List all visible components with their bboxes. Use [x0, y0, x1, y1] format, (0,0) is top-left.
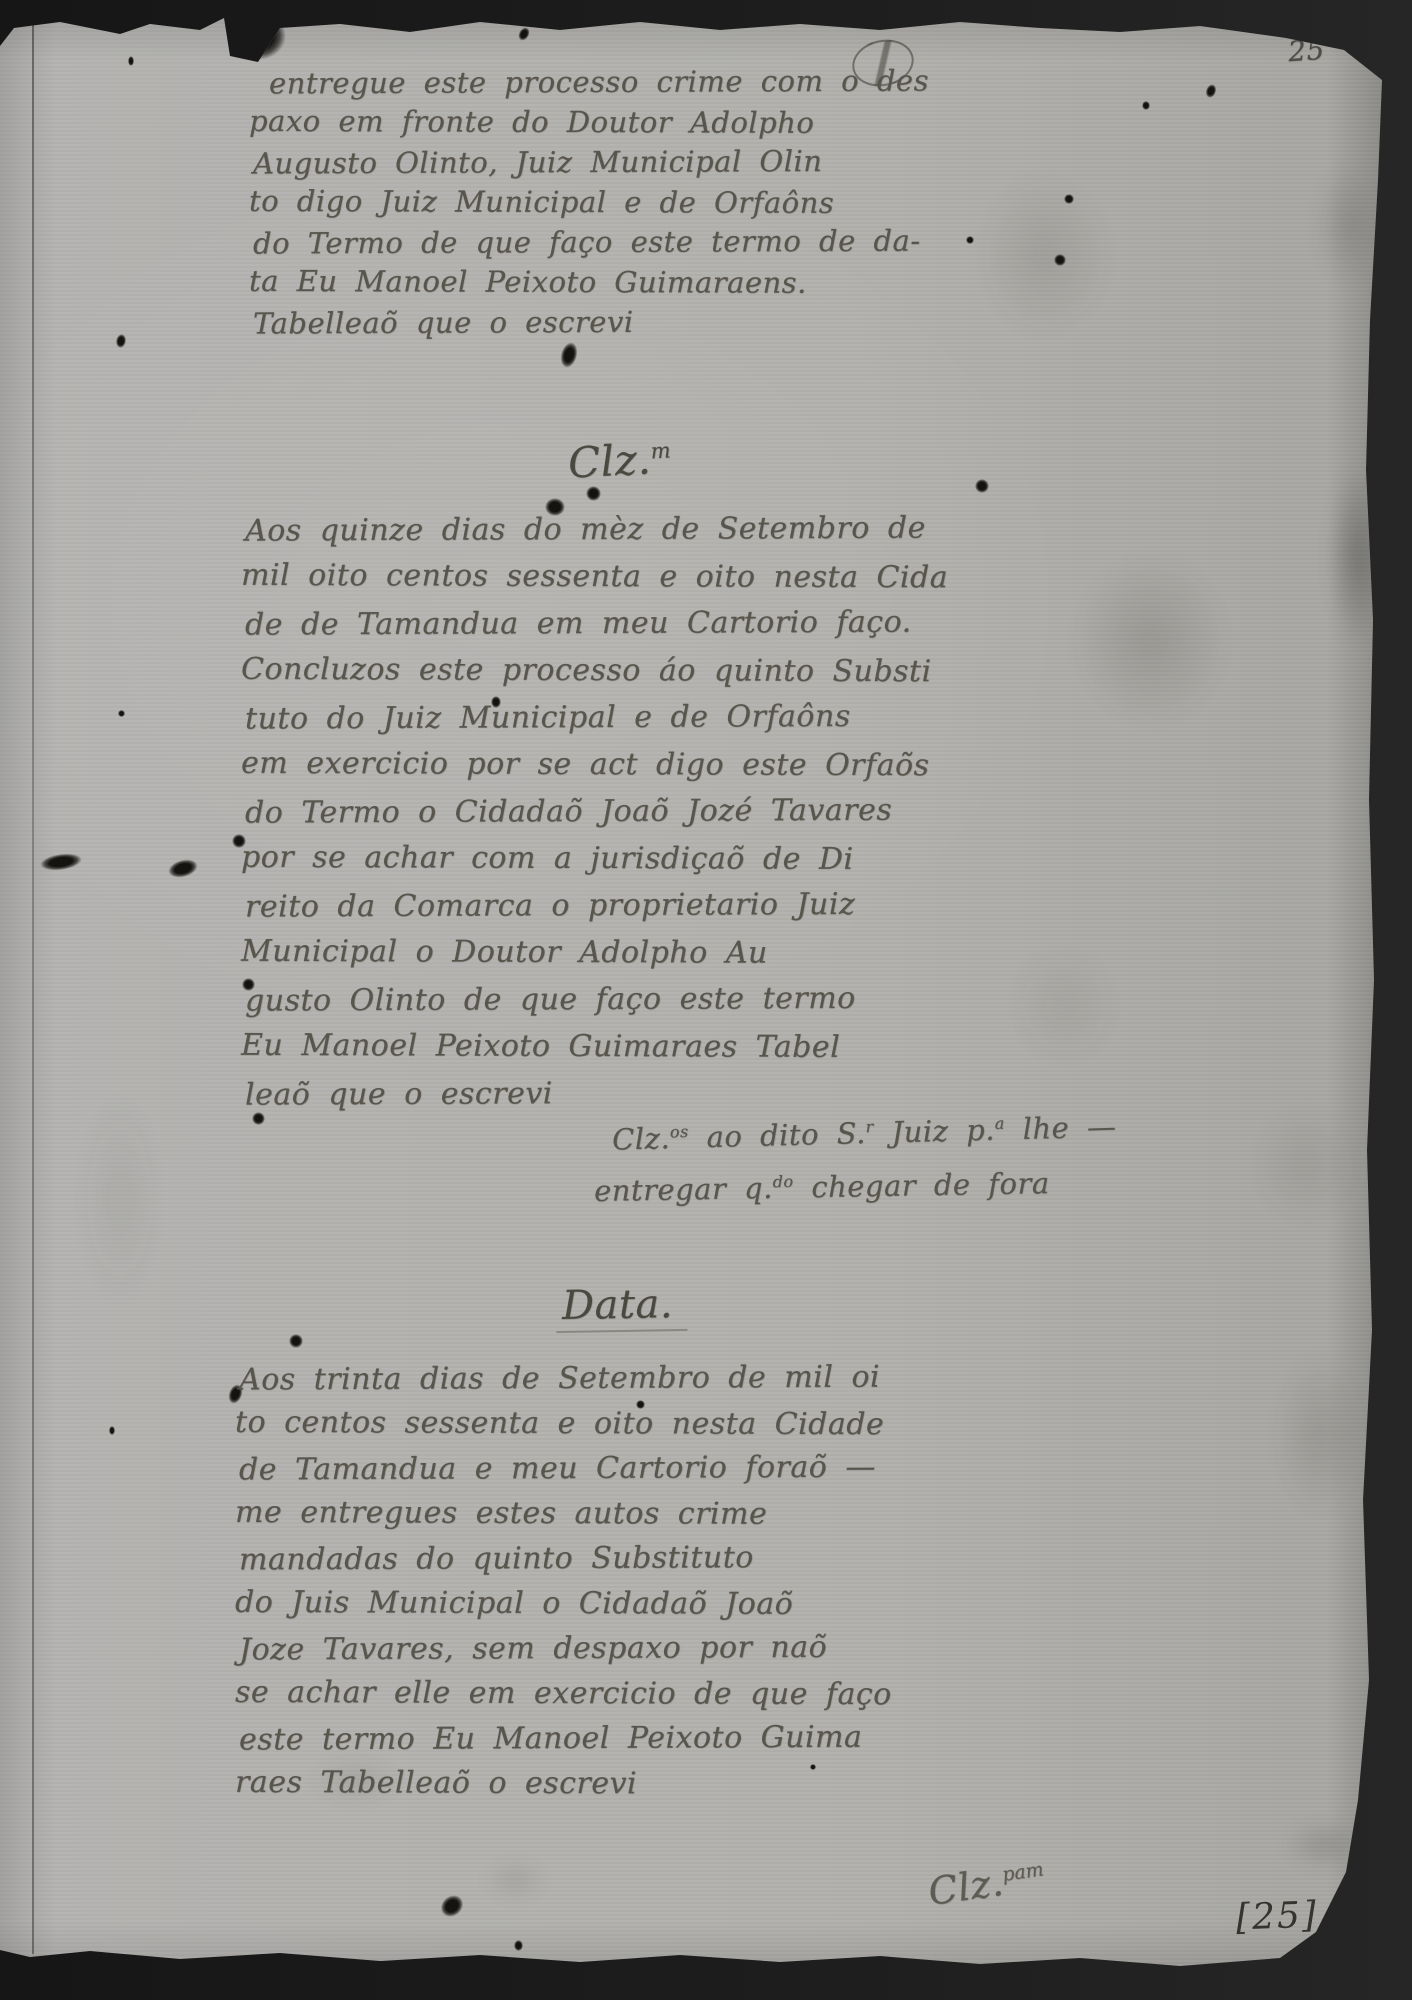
- handwritten-line: raes Tabelleaõ o escrevi: [235, 1760, 892, 1807]
- handwritten-line: Municipal o Doutor Adolpho Au: [241, 928, 948, 977]
- handwritten-line: do Juis Municipal o Cidadaõ Joaõ: [235, 1580, 892, 1627]
- ink-spot: [975, 479, 989, 493]
- handwritten-line: Aos quinze dias do mèz de Setembro de: [245, 504, 952, 554]
- ink-spot: [516, 25, 532, 42]
- ink-spot: [1204, 83, 1218, 100]
- handwritten-line: de de Tamandua em meu Cartorio faço.: [245, 598, 952, 648]
- subscription-text: Clz.: [612, 1121, 671, 1157]
- handwritten-line: Eu Manoel Peixoto Guimaraes Tabel: [241, 1022, 948, 1071]
- closing-superscript: pam: [1001, 1858, 1045, 1886]
- closing-text: Clz.: [926, 1860, 1007, 1914]
- page-number: 25: [1287, 33, 1326, 68]
- handwritten-line: to centos sessenta e oito nesta Cidade: [235, 1400, 892, 1447]
- stain: [1300, 140, 1395, 310]
- subscription-superscript: os: [670, 1122, 689, 1141]
- ink-spot: [1142, 101, 1150, 110]
- subscription-superscript: do: [772, 1172, 793, 1191]
- stain: [1315, 430, 1400, 680]
- paragraph-termo-entrega: entregue este processo crime com o des p…: [250, 62, 926, 342]
- handwritten-line: tuto do Juiz Municipal e de Orfaôns: [245, 692, 952, 742]
- ink-spot: [39, 851, 83, 873]
- paper-sheet: 25 entregue este processo crime com o de…: [0, 0, 1412, 2000]
- ink-spot: [109, 1426, 115, 1435]
- section-heading-conclusao: Clz.m: [567, 433, 672, 487]
- subscription-text: chegar de fora: [793, 1166, 1050, 1204]
- handwritten-line: mandadas do quinto Substituto: [239, 1535, 896, 1583]
- handwritten-line: to digo Juiz Municipal e de Orfaôns: [249, 181, 925, 223]
- ink-spot: [514, 1940, 523, 1951]
- handwritten-line: mil oito centos sessenta e oito nesta Ci…: [241, 552, 948, 601]
- binding-crease: [32, 24, 34, 1954]
- stain: [1255, 1320, 1385, 1550]
- ink-spot: [115, 333, 127, 349]
- heading-text: Clz.: [567, 434, 652, 487]
- subscription-superscript: a: [994, 1114, 1005, 1133]
- stain: [990, 920, 1140, 1090]
- document-scan: 25 entregue este processo crime com o de…: [0, 0, 1412, 2000]
- handwritten-line: me entregues estes autos crime: [235, 1490, 892, 1537]
- handwritten-line: do Termo o Cidadaõ Joaõ Jozé Tavares: [245, 786, 952, 836]
- ink-spot: [230, 12, 286, 60]
- handwritten-line: Concluzos este processo áo quinto Substi: [241, 646, 948, 695]
- handwritten-line: este termo Eu Manoel Peixoto Guima: [239, 1715, 896, 1763]
- stain: [950, 140, 1140, 370]
- stain: [1265, 1810, 1385, 1880]
- handwritten-line: gusto Olinto de que faço este termo: [245, 974, 952, 1024]
- ink-spot: [558, 340, 580, 369]
- archival-page-number: [25]: [1235, 1895, 1318, 1939]
- ink-spot: [289, 1334, 303, 1348]
- ink-spot: [586, 486, 601, 501]
- handwritten-line: reito da Comarca o proprietario Juiz: [245, 880, 952, 930]
- handwritten-line: em exercicio por se act digo este Orfaõs: [241, 740, 948, 789]
- subscription-line-2: entregar q.do chegar de fora: [594, 1166, 1050, 1208]
- handwritten-line: de Tamandua e meu Cartorio foraõ —: [239, 1445, 896, 1493]
- subscription-text: Juiz p.: [873, 1113, 995, 1150]
- handwritten-line: Aos trinta dias de Setembro de mil oi: [239, 1355, 896, 1403]
- heading-superscript: m: [650, 438, 671, 463]
- ink-spot: [128, 56, 134, 66]
- ink-spot: [118, 710, 125, 717]
- paragraph-conclusao: Aos quinze dias do mèz de Setembro de mi…: [242, 506, 949, 1117]
- handwritten-line: se achar elle em exercicio de que faço: [235, 1670, 892, 1717]
- closing-mark: Clz.pam: [926, 1854, 1048, 1914]
- handwritten-line: Tabelleaõ que o escrevi: [253, 301, 929, 344]
- ink-spot: [436, 1891, 467, 1922]
- stain: [470, 1850, 560, 1910]
- section-heading-data: Data.: [556, 1281, 688, 1333]
- handwritten-line: por se achar com a jurisdiçaõ de Di: [241, 834, 948, 883]
- subscription-text: lhe —: [1004, 1109, 1116, 1146]
- handwritten-line: entregue este processo crime com o des: [253, 61, 929, 104]
- stain: [1230, 1080, 1380, 1250]
- subscription-text: ao dito S.: [688, 1116, 866, 1155]
- handwritten-line: ta Eu Manoel Peixoto Guimaraens.: [249, 261, 925, 303]
- binding-margin: [0, 0, 32, 2000]
- subscription-text: entregar q.: [594, 1171, 773, 1208]
- handwritten-line: Augusto Olinto, Juiz Municipal Olin: [253, 141, 929, 184]
- ink-spot: [166, 856, 199, 880]
- handwritten-line: leaõ que o escrevi: [245, 1068, 952, 1118]
- handwritten-line: paxo em fronte do Doutor Adolpho: [249, 101, 925, 143]
- handwritten-line: Joze Tavares, sem despaxo por naõ: [239, 1625, 896, 1673]
- handwritten-line: do Termo de que faço este termo de da-: [253, 221, 929, 264]
- paragraph-data: Aos trinta dias de Setembro de mil oi to…: [236, 1356, 893, 1806]
- stain: [1040, 520, 1260, 760]
- stain: [60, 1050, 180, 1350]
